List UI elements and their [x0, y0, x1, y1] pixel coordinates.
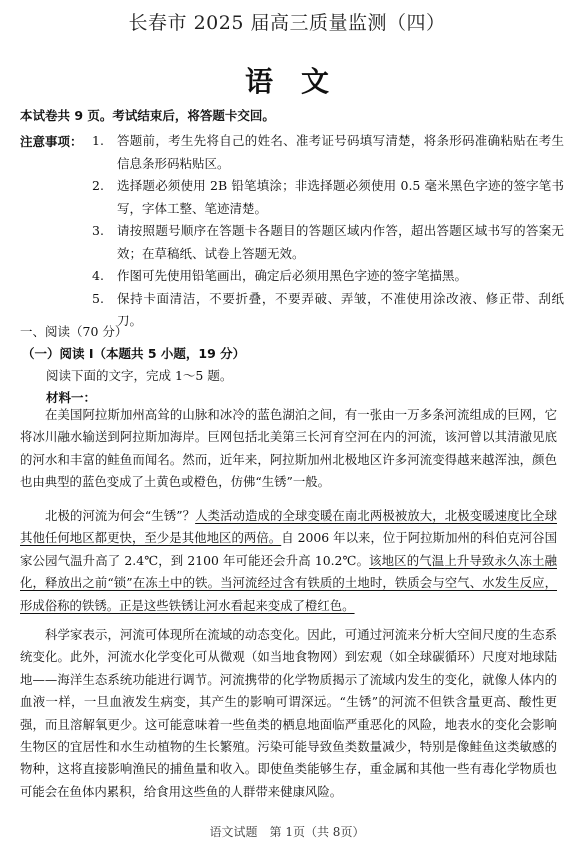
passage-paragraph-2: 北极的河流为何会“生锈”？人类活动造成的全球变暖在南北两极被放大，北极变暖速度比…: [20, 505, 557, 617]
notice-number: 1.: [92, 130, 117, 175]
notice-item: 5. 保持卡面清洁，不要折叠，不要弄破、弄皱，不准使用涂改液、修正带、刮纸刀。: [92, 288, 564, 333]
notice-text: 作图可先使用铅笔画出，确定后必须用黑色字迹的签字笔描黑。: [117, 265, 564, 288]
notice-text: 答题前，考生先将自己的姓名、准考证号码填写清楚，将条形码准确粘贴在考生信息条形码…: [117, 130, 564, 175]
passage-text: 北极的河流为何会“生锈”？: [45, 508, 195, 523]
section-heading: 一、阅读（70 分）: [20, 322, 127, 340]
subject-title: 语文: [0, 60, 574, 100]
notice-label: 注意事项：: [20, 132, 83, 150]
exam-page: 长春市 2025 届高三质量监测（四） 语文 本试卷共 9 页。考试结束后，将答…: [0, 0, 574, 854]
exam-title: 长春市 2025 届高三质量监测（四）: [0, 8, 574, 35]
notice-item: 3. 请按照题号顺序在答题卡各题目的答题区域内作答，超出答题区域书写的答案无效；…: [92, 220, 564, 265]
passage-paragraph-3: 科学家表示，河流可体现所在流域的动态变化。因此，可通过河流来分析大空间尺度的生态…: [20, 624, 557, 803]
notice-number: 3.: [92, 220, 117, 265]
page-footer: 语文试题 第 1页（共 8页）: [0, 823, 574, 840]
exam-intro: 本试卷共 9 页。考试结束后，将答题卡交回。: [20, 106, 275, 124]
notice-number: 4.: [92, 265, 117, 288]
notice-number: 2.: [92, 175, 117, 220]
notice-item: 2. 选择题必须使用 2B 铅笔填涂；非选择题必须使用 0.5 毫米黑色字迹的签…: [92, 175, 564, 220]
subsection-heading: （一）阅读 I（本题共 5 小题，19 分）: [22, 344, 245, 362]
notice-list: 1. 答题前，考生先将自己的姓名、准考证号码填写清楚，将条形码准确粘贴在考生信息…: [92, 130, 564, 333]
reading-instruction: 阅读下面的文字，完成 1～5 题。: [46, 366, 232, 384]
notice-item: 4. 作图可先使用铅笔画出，确定后必须用黑色字迹的签字笔描黑。: [92, 265, 564, 288]
passage-paragraph-1: 在美国阿拉斯加州高耸的山脉和冰冷的蓝色湖泊之间，有一张由一万多条河流组成的巨网，…: [20, 404, 557, 494]
notice-text: 保持卡面清洁，不要折叠，不要弄破、弄皱，不准使用涂改液、修正带、刮纸刀。: [117, 288, 564, 333]
notice-text: 请按照题号顺序在答题卡各题目的答题区域内作答，超出答题区域书写的答案无效；在草稿…: [117, 220, 564, 265]
notice-text: 选择题必须使用 2B 铅笔填涂；非选择题必须使用 0.5 毫米黑色字迹的签字笔书…: [117, 175, 564, 220]
notice-item: 1. 答题前，考生先将自己的姓名、准考证号码填写清楚，将条形码准确粘贴在考生信息…: [92, 130, 564, 175]
